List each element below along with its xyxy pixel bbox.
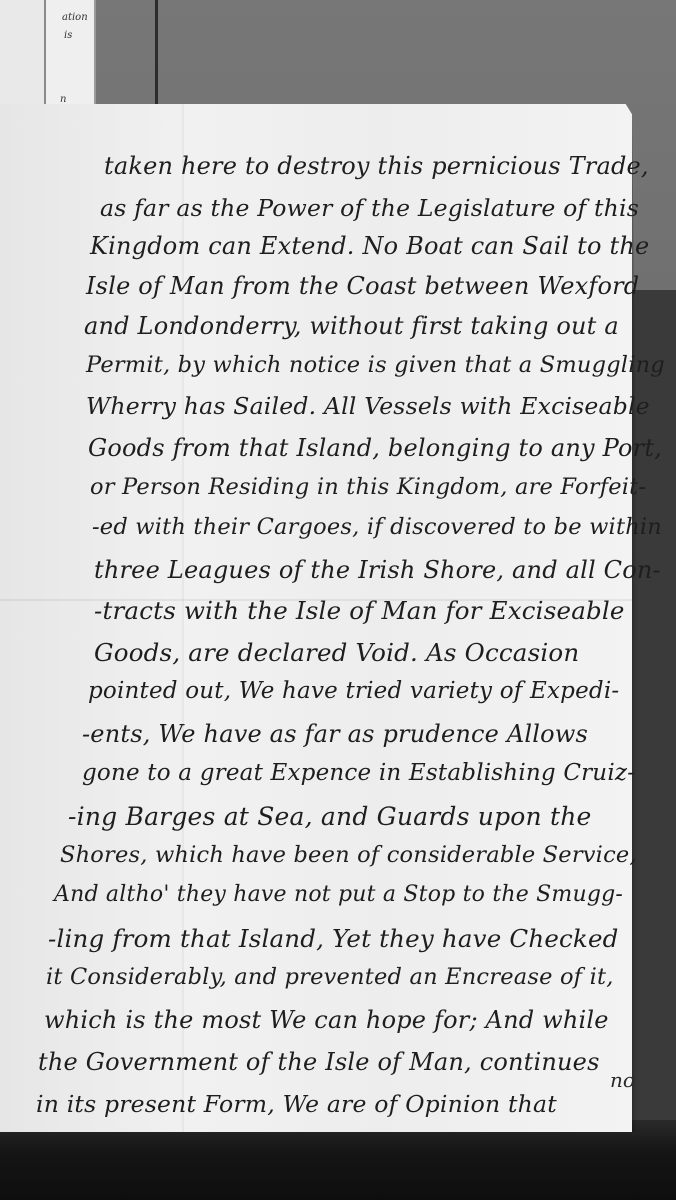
text-line: -ing Barges at Sea, and Guards upon the (68, 802, 592, 831)
text-line: which is the most We can hope for; And w… (44, 1006, 609, 1034)
fragment-text: ation (62, 12, 88, 23)
text-line: Goods, are declared Void. As Occasion (94, 638, 579, 667)
text-line: Shores, which have been of considerable … (60, 842, 637, 868)
text-line: -ents, We have as far as prudence Allows (82, 720, 588, 748)
text-line: And altho' they have not put a Stop to t… (54, 882, 623, 907)
fragment-text: is (64, 30, 72, 41)
text-line: -ed with their Cargoes, if discovered to… (92, 514, 662, 540)
text-line: -tracts with the Isle of Man for Excisea… (94, 596, 625, 625)
text-line: taken here to destroy this pernicious Tr… (104, 152, 649, 180)
text-line: -ling from that Island, Yet they have Ch… (48, 924, 619, 953)
text-line: as far as the Power of the Legislature o… (100, 194, 639, 222)
text-line: Goods from that Island, belonging to any… (88, 434, 662, 462)
text-line: Permit, by which notice is given that a … (86, 352, 665, 378)
text-line: the Government of the Isle of Man, conti… (38, 1048, 600, 1076)
text-line: gone to a great Expence in Establishing … (82, 760, 635, 786)
catchword: no (610, 1068, 635, 1092)
text-line: in its present Form, We are of Opinion t… (36, 1090, 557, 1118)
text-line: Isle of Man from the Coast between Wexfo… (86, 272, 639, 300)
fragment-text: n (60, 94, 66, 105)
background-table (0, 1120, 676, 1200)
folder-edge (155, 0, 158, 110)
text-line: pointed out, We have tried variety of Ex… (88, 678, 619, 704)
text-line: and Londonderry, without first taking ou… (84, 312, 619, 340)
text-line: three Leagues of the Irish Shore, and al… (94, 556, 661, 584)
text-line: Wherry has Sailed. All Vessels with Exci… (86, 392, 650, 420)
text-line: or Person Residing in this Kingdom, are … (90, 474, 646, 500)
text-line: Kingdom can Extend. No Boat can Sail to … (90, 232, 649, 260)
text-line: it Considerably, and prevented an Encrea… (46, 964, 614, 990)
underlying-sheet (0, 0, 45, 108)
underlying-page-fragment: ation is n (44, 0, 96, 108)
